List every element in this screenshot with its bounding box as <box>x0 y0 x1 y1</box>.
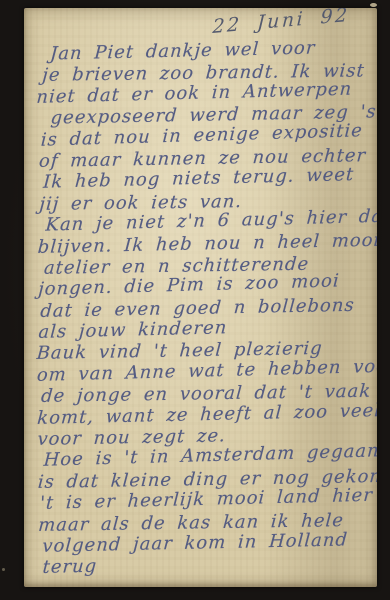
letter-date: 22 Juni 92 <box>212 8 350 38</box>
scan-background: 22 Juni 92 Jan Piet dankje wel voorje br… <box>0 0 390 600</box>
letter-page: 22 Juni 92 Jan Piet dankje wel voorje br… <box>24 8 377 587</box>
letter-body: Jan Piet dankje wel voorje brieven zoo b… <box>30 41 377 585</box>
dust-speck <box>370 3 377 7</box>
dust-speck <box>2 568 5 571</box>
